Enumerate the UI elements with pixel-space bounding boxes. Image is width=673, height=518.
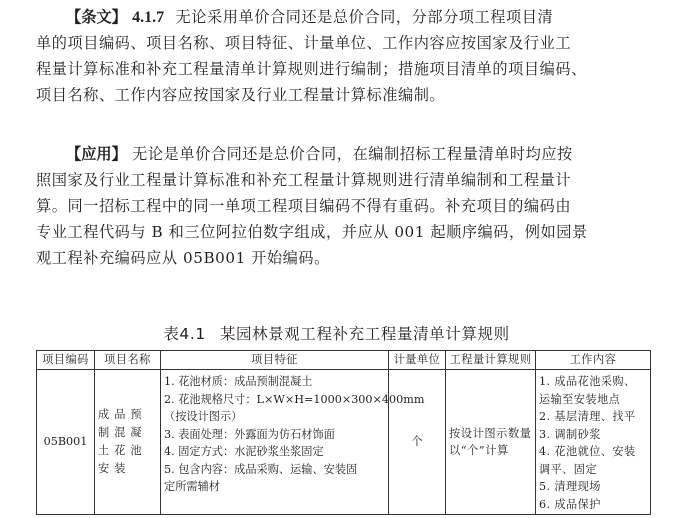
clause-number: 4.1.7 [132, 9, 164, 26]
cell-features: 1. 花池材质：成品预制混凝土 2. 花池规格尺寸：L×W×H=1000×300… [161, 370, 389, 515]
cell-work: 1. 成品花池采购、 运输至安装地点 2. 基层清理、找平 3. 调制砂浆 4.… [536, 370, 651, 515]
table-caption: 表4.1某园林景观工程补充工程量清单计算规则 [0, 322, 673, 344]
table-caption-number: 表4.1 [163, 325, 206, 343]
clause-paragraph: 【条文】 4.1.7 无论采用单价合同还是总价合同，分部分项工程项目清 单的项目… [36, 4, 650, 108]
header-work: 工作内容 [536, 351, 651, 370]
work-line: 调平、固定 [539, 461, 647, 479]
clause-text-4: 项目名称、工作内容应按国家及行业工程量计算标准编制。 [36, 82, 650, 108]
header-code: 项目编码 [37, 351, 95, 370]
cell-unit: 个 [389, 370, 446, 515]
cell-code: 05B001 [37, 370, 95, 515]
table-caption-title: 某园林景观工程补充工程量清单计算规则 [220, 325, 510, 343]
work-line: 1. 成品花池采购、 [539, 373, 647, 391]
header-rule: 工程量计算规则 [446, 351, 536, 370]
work-line: 运输至安装地点 [539, 391, 647, 409]
work-line: 6. 成品保护 [539, 496, 647, 514]
cell-rule: 按设计图示数量以“个”计算 [446, 370, 536, 515]
application-paragraph: 【应用】 无论是单价合同还是总价合同，在编制招标工程量清单时均应按 照国家及行业… [36, 141, 650, 271]
supplementary-rules-table: 项目编码 项目名称 项目特征 计量单位 工程量计算规则 工作内容 05B001 … [36, 350, 651, 515]
feature-line: 5. 包含内容：成品采购、运输、安装固 [164, 461, 385, 479]
header-features: 项目特征 [161, 351, 389, 370]
work-line: 4. 花池就位、安装 [539, 443, 647, 461]
feature-line: 1. 花池材质：成品预制混凝土 [164, 373, 385, 391]
feature-line: 3. 表面处理：外露面为仿石材饰面 [164, 426, 385, 444]
work-line: 5. 清理现场 [539, 478, 647, 496]
application-text-3: 算。同一招标工程中的同一单项工程项目编码不得有重码。补充项目的编码由 [36, 193, 650, 219]
clause-line-1: 【条文】 4.1.7 无论采用单价合同还是总价合同，分部分项工程项目清 [36, 4, 650, 30]
feature-line: （按设计图示） [164, 408, 385, 426]
clause-label: 【条文】 [66, 8, 127, 26]
feature-line: 4. 固定方式：水泥砂浆坐浆固定 [164, 443, 385, 461]
clause-text-3: 程量计算标准和补充工程量清单计算规则进行编制；措施项目清单的项目编码、 [36, 56, 650, 82]
feature-line: 定所需辅材 [164, 478, 385, 496]
application-text-5: 观工程补充编码应从 05B001 开始编码。 [36, 245, 650, 271]
table-header-row: 项目编码 项目名称 项目特征 计量单位 工程量计算规则 工作内容 [37, 351, 651, 370]
header-unit: 计量单位 [389, 351, 446, 370]
work-line: 3. 调制砂浆 [539, 426, 647, 444]
header-name: 项目名称 [95, 351, 161, 370]
table-row: 05B001 成品预制混凝土花池安装 1. 花池材质：成品预制混凝土 2. 花池… [37, 370, 651, 515]
application-line-1: 【应用】 无论是单价合同还是总价合同，在编制招标工程量清单时均应按 [36, 141, 650, 167]
application-text-1: 无论是单价合同还是总价合同，在编制招标工程量清单时均应按 [132, 145, 573, 163]
clause-text-2: 单的项目编码、项目名称、项目特征、计量单位、工作内容应按国家及行业工 [36, 30, 650, 56]
clause-text-1: 无论采用单价合同还是总价合同，分部分项工程项目清 [176, 8, 554, 26]
application-text-4: 专业工程代码与 B 和三位阿拉伯数字组成，并应从 001 起顺序编码，例如园景 [36, 219, 650, 245]
application-label: 【应用】 [66, 145, 127, 163]
work-line: 2. 基层清理、找平 [539, 408, 647, 426]
feature-line: 2. 花池规格尺寸：L×W×H=1000×300×400mm [164, 391, 385, 409]
application-text-2: 照国家及行业工程量计算标准和补充工程量计算规则进行清单编制和工程量计 [36, 167, 650, 193]
cell-name: 成品预制混凝土花池安装 [95, 370, 161, 515]
